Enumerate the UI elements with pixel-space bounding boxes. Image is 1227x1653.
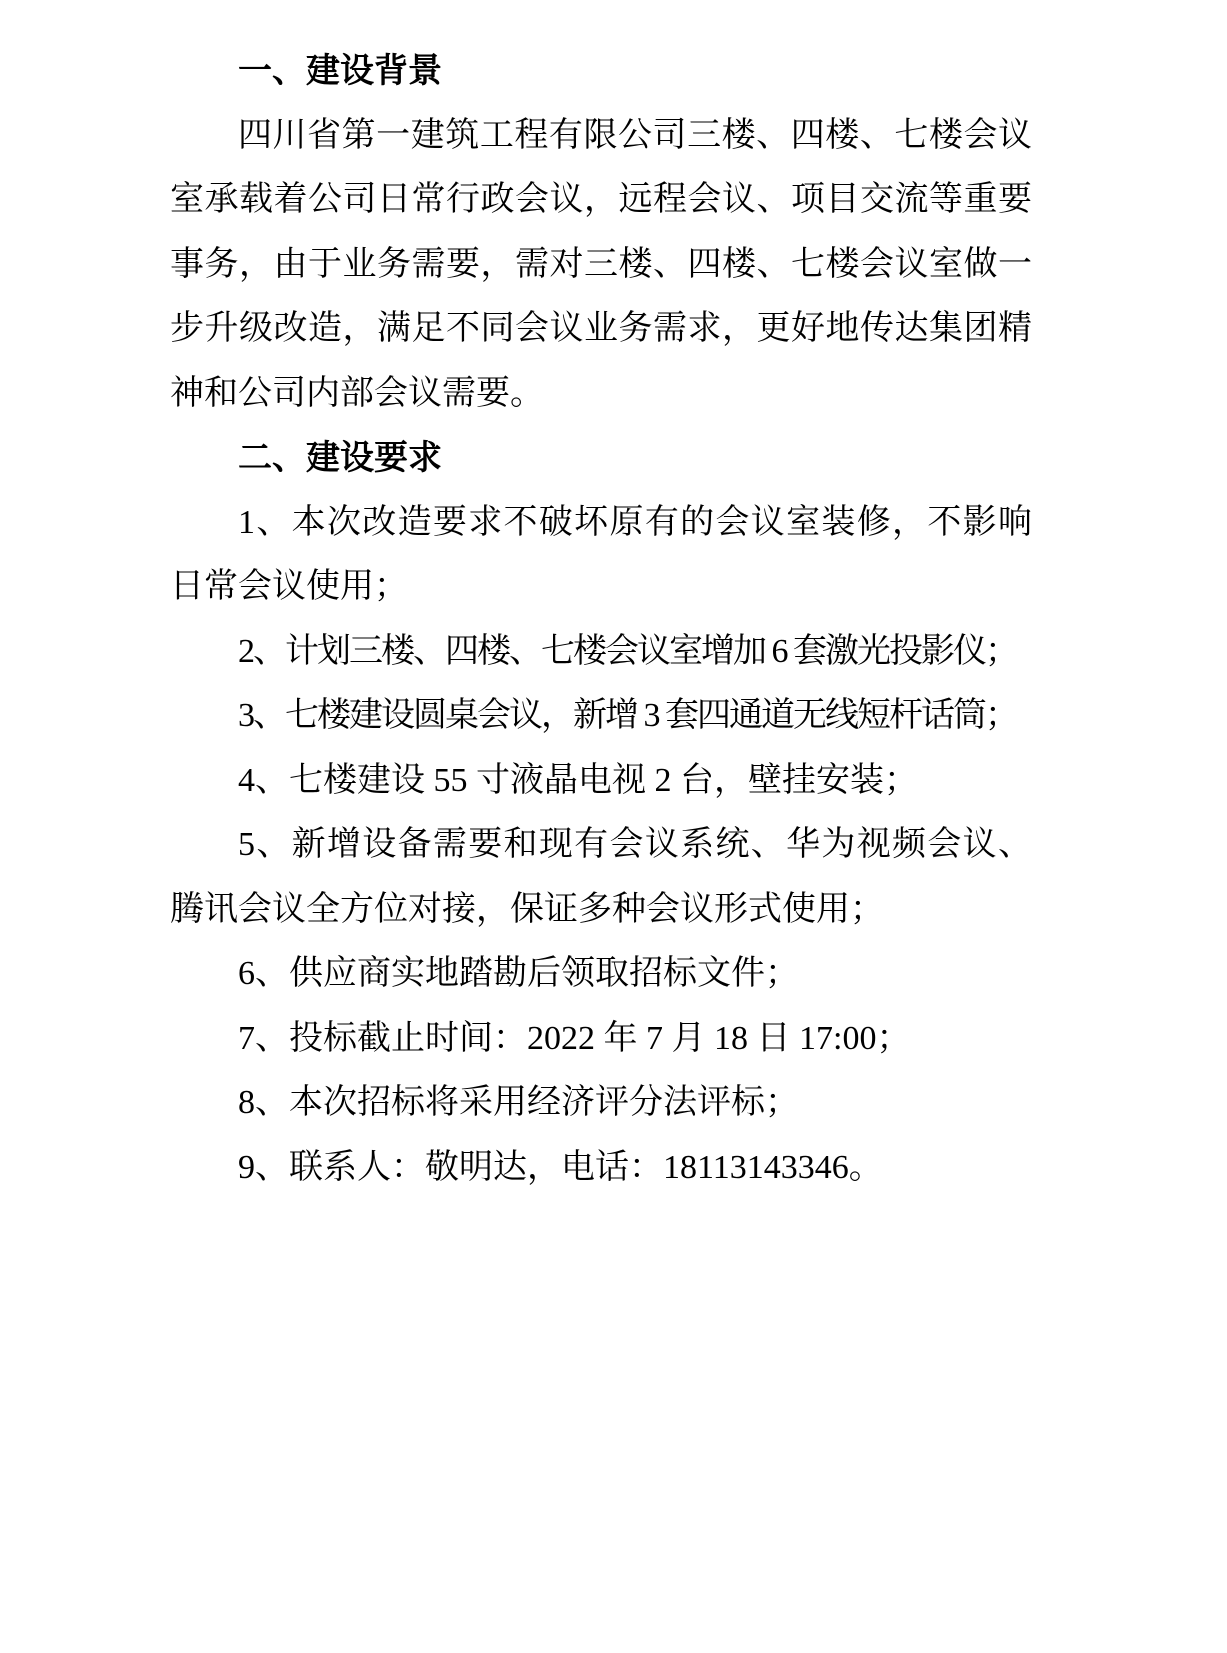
requirement-item-6: 6、供应商实地踏勘后领取招标文件；	[170, 942, 1032, 1007]
requirement-item-7: 7、投标截止时间：2022 年 7 月 18 日 17:00；	[170, 1007, 1032, 1072]
requirement-item-9: 9、联系人：敬明达，电话：18113143346。	[170, 1136, 1032, 1201]
requirement-item-1: 1、本次改造要求不破坏原有的会议室装修，不影响日常会议使用；	[170, 491, 1032, 620]
background-paragraph: 四川省第一建筑工程有限公司三楼、四楼、七楼会议室承载着公司日常行政会议，远程会议…	[170, 104, 1032, 427]
document-page: 一、建设背景 四川省第一建筑工程有限公司三楼、四楼、七楼会议室承载着公司日常行政…	[0, 0, 1227, 1653]
requirement-item-3: 3、七楼建设圆桌会议，新增 3 套四通道无线短杆话筒；	[170, 684, 1032, 749]
requirement-item-2: 2、计划三楼、四楼、七楼会议室增加 6 套激光投影仪；	[170, 620, 1032, 685]
section-heading-requirements: 二、建设要求	[170, 426, 1032, 491]
requirement-item-4: 4、七楼建设 55 寸液晶电视 2 台，壁挂安装；	[170, 749, 1032, 814]
section-heading-background: 一、建设背景	[170, 39, 1032, 104]
requirement-item-8: 8、本次招标将采用经济评分法评标；	[170, 1071, 1032, 1136]
requirement-item-5: 5、新增设备需要和现有会议系统、华为视频会议、腾讯会议全方位对接，保证多种会议形…	[170, 813, 1032, 942]
